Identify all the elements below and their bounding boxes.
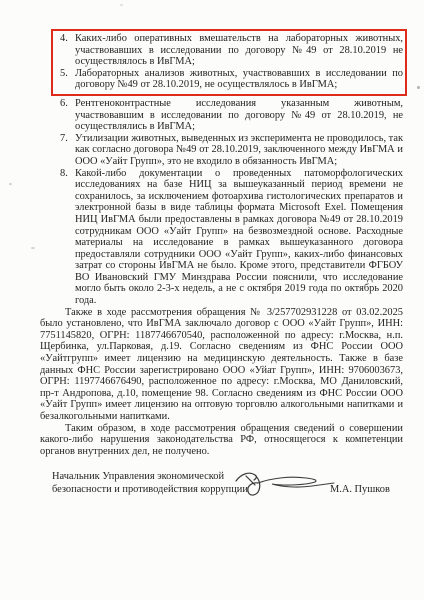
list-item: 6. Рентгеноконтрастные исследования указ…: [60, 98, 403, 133]
list-item-number: 6.: [60, 98, 75, 133]
list-item-text: Лабораторных анализов животных, участвов…: [75, 68, 403, 91]
numbered-list: 4. Каких-либо оперативных вмешательств н…: [60, 29, 403, 307]
list-item-number: 5.: [60, 68, 75, 91]
scan-speck: [417, 86, 420, 89]
list-item: 4. Каких-либо оперативных вмешательств н…: [60, 33, 403, 68]
scanned-document-page: 4. Каких-либо оперативных вмешательств н…: [0, 0, 424, 600]
list-item: 7. Утилизации животных, выведенных из эк…: [60, 133, 403, 168]
document-body: 4. Каких-либо оперативных вмешательств н…: [40, 29, 403, 541]
list-item-number: 7.: [60, 133, 75, 168]
paragraph-fns-details: Также в ходе рассмотрения обращения № 3/…: [40, 307, 403, 423]
list-item-text: Какой-либо документации о проведенных па…: [75, 168, 403, 307]
signature-block: Начальник Управления экономической безоп…: [52, 471, 403, 541]
list-item: 8. Какой-либо документации о проведенных…: [60, 168, 403, 307]
paragraph-conclusion: Таким образом, в ходе рассмотрения обращ…: [40, 423, 403, 458]
scan-speck: [9, 183, 12, 185]
list-item-text: Рентгеноконтрастные исследования указанн…: [75, 98, 403, 133]
list-item-text: Каких-либо оперативных вмешательств на л…: [75, 33, 403, 68]
list-item: 5. Лабораторных анализов животных, участ…: [60, 68, 403, 91]
scan-speck: [31, 247, 35, 249]
list-item-text: Утилизации животных, выведенных из экспе…: [75, 133, 403, 168]
list-item-number: 8.: [60, 168, 75, 307]
scan-speck: [120, 4, 123, 6]
list-item-number: 4.: [60, 33, 75, 68]
signatory-name: М.А. Пушков: [330, 484, 390, 496]
handwritten-signature: [232, 463, 336, 509]
red-highlight-box: 4. Каких-либо оперативных вмешательств н…: [51, 29, 407, 96]
